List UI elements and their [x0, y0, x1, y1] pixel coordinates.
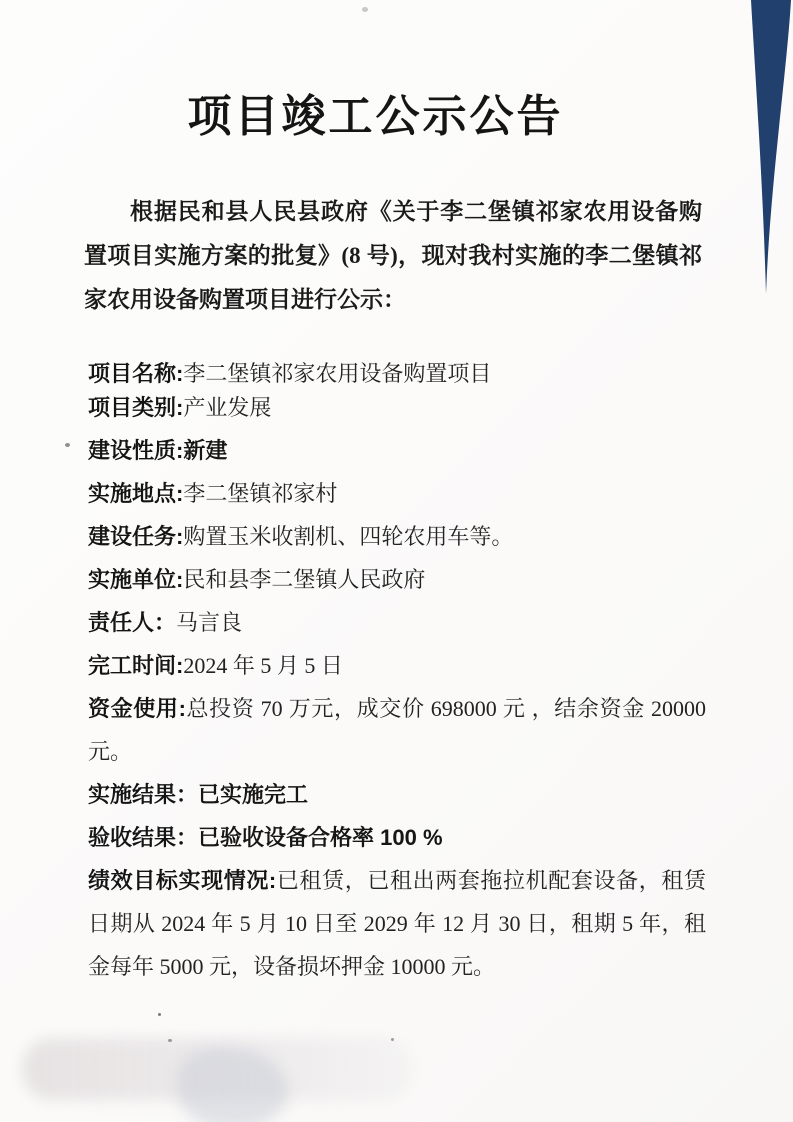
field-label: 建设任务: [88, 524, 183, 549]
field-label: 实施地点: [88, 481, 183, 506]
field-label: 责任人： [88, 610, 176, 635]
field-row-construction-task: 建设任务:购置玉米收割机、四轮农用车等。 [88, 515, 706, 558]
field-label: 绩效目标实现情况: [88, 868, 276, 893]
field-row-implementation-site: 实施地点:李二堡镇祁家村 [88, 472, 706, 515]
field-row-acceptance-result: 验收结果：已验收设备合格率 100 % [88, 816, 706, 859]
field-label: 建设性质: [88, 438, 183, 463]
field-value: 马言良 [176, 610, 242, 635]
paper-smudge [178, 1048, 288, 1122]
field-label: 实施结果： [88, 782, 198, 807]
field-value: 产业发展 [183, 395, 271, 420]
field-value: 2024 年 5 月 5 日 [183, 653, 343, 678]
field-row-implementation-result: 实施结果：已实施完工 [88, 773, 706, 816]
paper-speck [158, 1013, 161, 1016]
field-row-construction-nature: 建设性质:新建 [88, 429, 706, 472]
field-label: 资金使用: [88, 696, 186, 721]
field-value: 李二堡镇祁家农用设备购置项目 [183, 361, 491, 386]
field-label: 验收结果： [88, 825, 198, 850]
fields-list: 项目名称:李二堡镇祁家农用设备购置项目 项目类别:产业发展 建设性质:新建 实施… [88, 352, 706, 988]
field-row-responsible-person: 责任人：马言良 [88, 601, 706, 644]
field-value: 购置玉米收割机、四轮农用车等。 [183, 524, 513, 549]
scanned-notice-page: 项目竣工公示公告 根据民和县人民县政府《关于李二堡镇祁家农用设备购置项目实施方案… [0, 0, 793, 1122]
page-edge-shadow [733, 0, 793, 310]
paper-speck [391, 1038, 394, 1041]
field-label: 实施单位: [88, 567, 183, 592]
field-value: 已实施完工 [198, 782, 308, 807]
paper-speck [362, 7, 368, 12]
field-value: 李二堡镇祁家村 [183, 481, 337, 506]
field-row-implementing-unit: 实施单位:民和县李二堡镇人民政府 [88, 558, 706, 601]
field-row-completion-date: 完工时间:2024 年 5 月 5 日 [88, 644, 706, 687]
field-row-performance-target: 绩效目标实现情况:已租赁，已租出两套拖拉机配套设备，租赁日期从 2024 年 5… [88, 859, 706, 988]
field-value: 新建 [183, 438, 227, 463]
paper-smudge [22, 1038, 412, 1100]
notice-title: 项目竣工公示公告 [0, 80, 793, 144]
field-row-funds-usage: 资金使用:总投资 70 万元，成交价 698000 元 ，结余资金 20000 … [88, 687, 706, 773]
paper-speck [168, 1039, 172, 1042]
field-value: 民和县李二堡镇人民政府 [183, 567, 425, 592]
field-label: 项目名称: [88, 361, 183, 386]
field-label: 完工时间: [88, 653, 183, 678]
intro-paragraph: 根据民和县人民县政府《关于李二堡镇祁家农用设备购置项目实施方案的批复》(8 号)… [84, 190, 702, 322]
paper-speck [65, 443, 70, 447]
field-value: 已验收设备合格率 100 % [198, 825, 443, 850]
field-label: 项目类别: [88, 395, 183, 420]
